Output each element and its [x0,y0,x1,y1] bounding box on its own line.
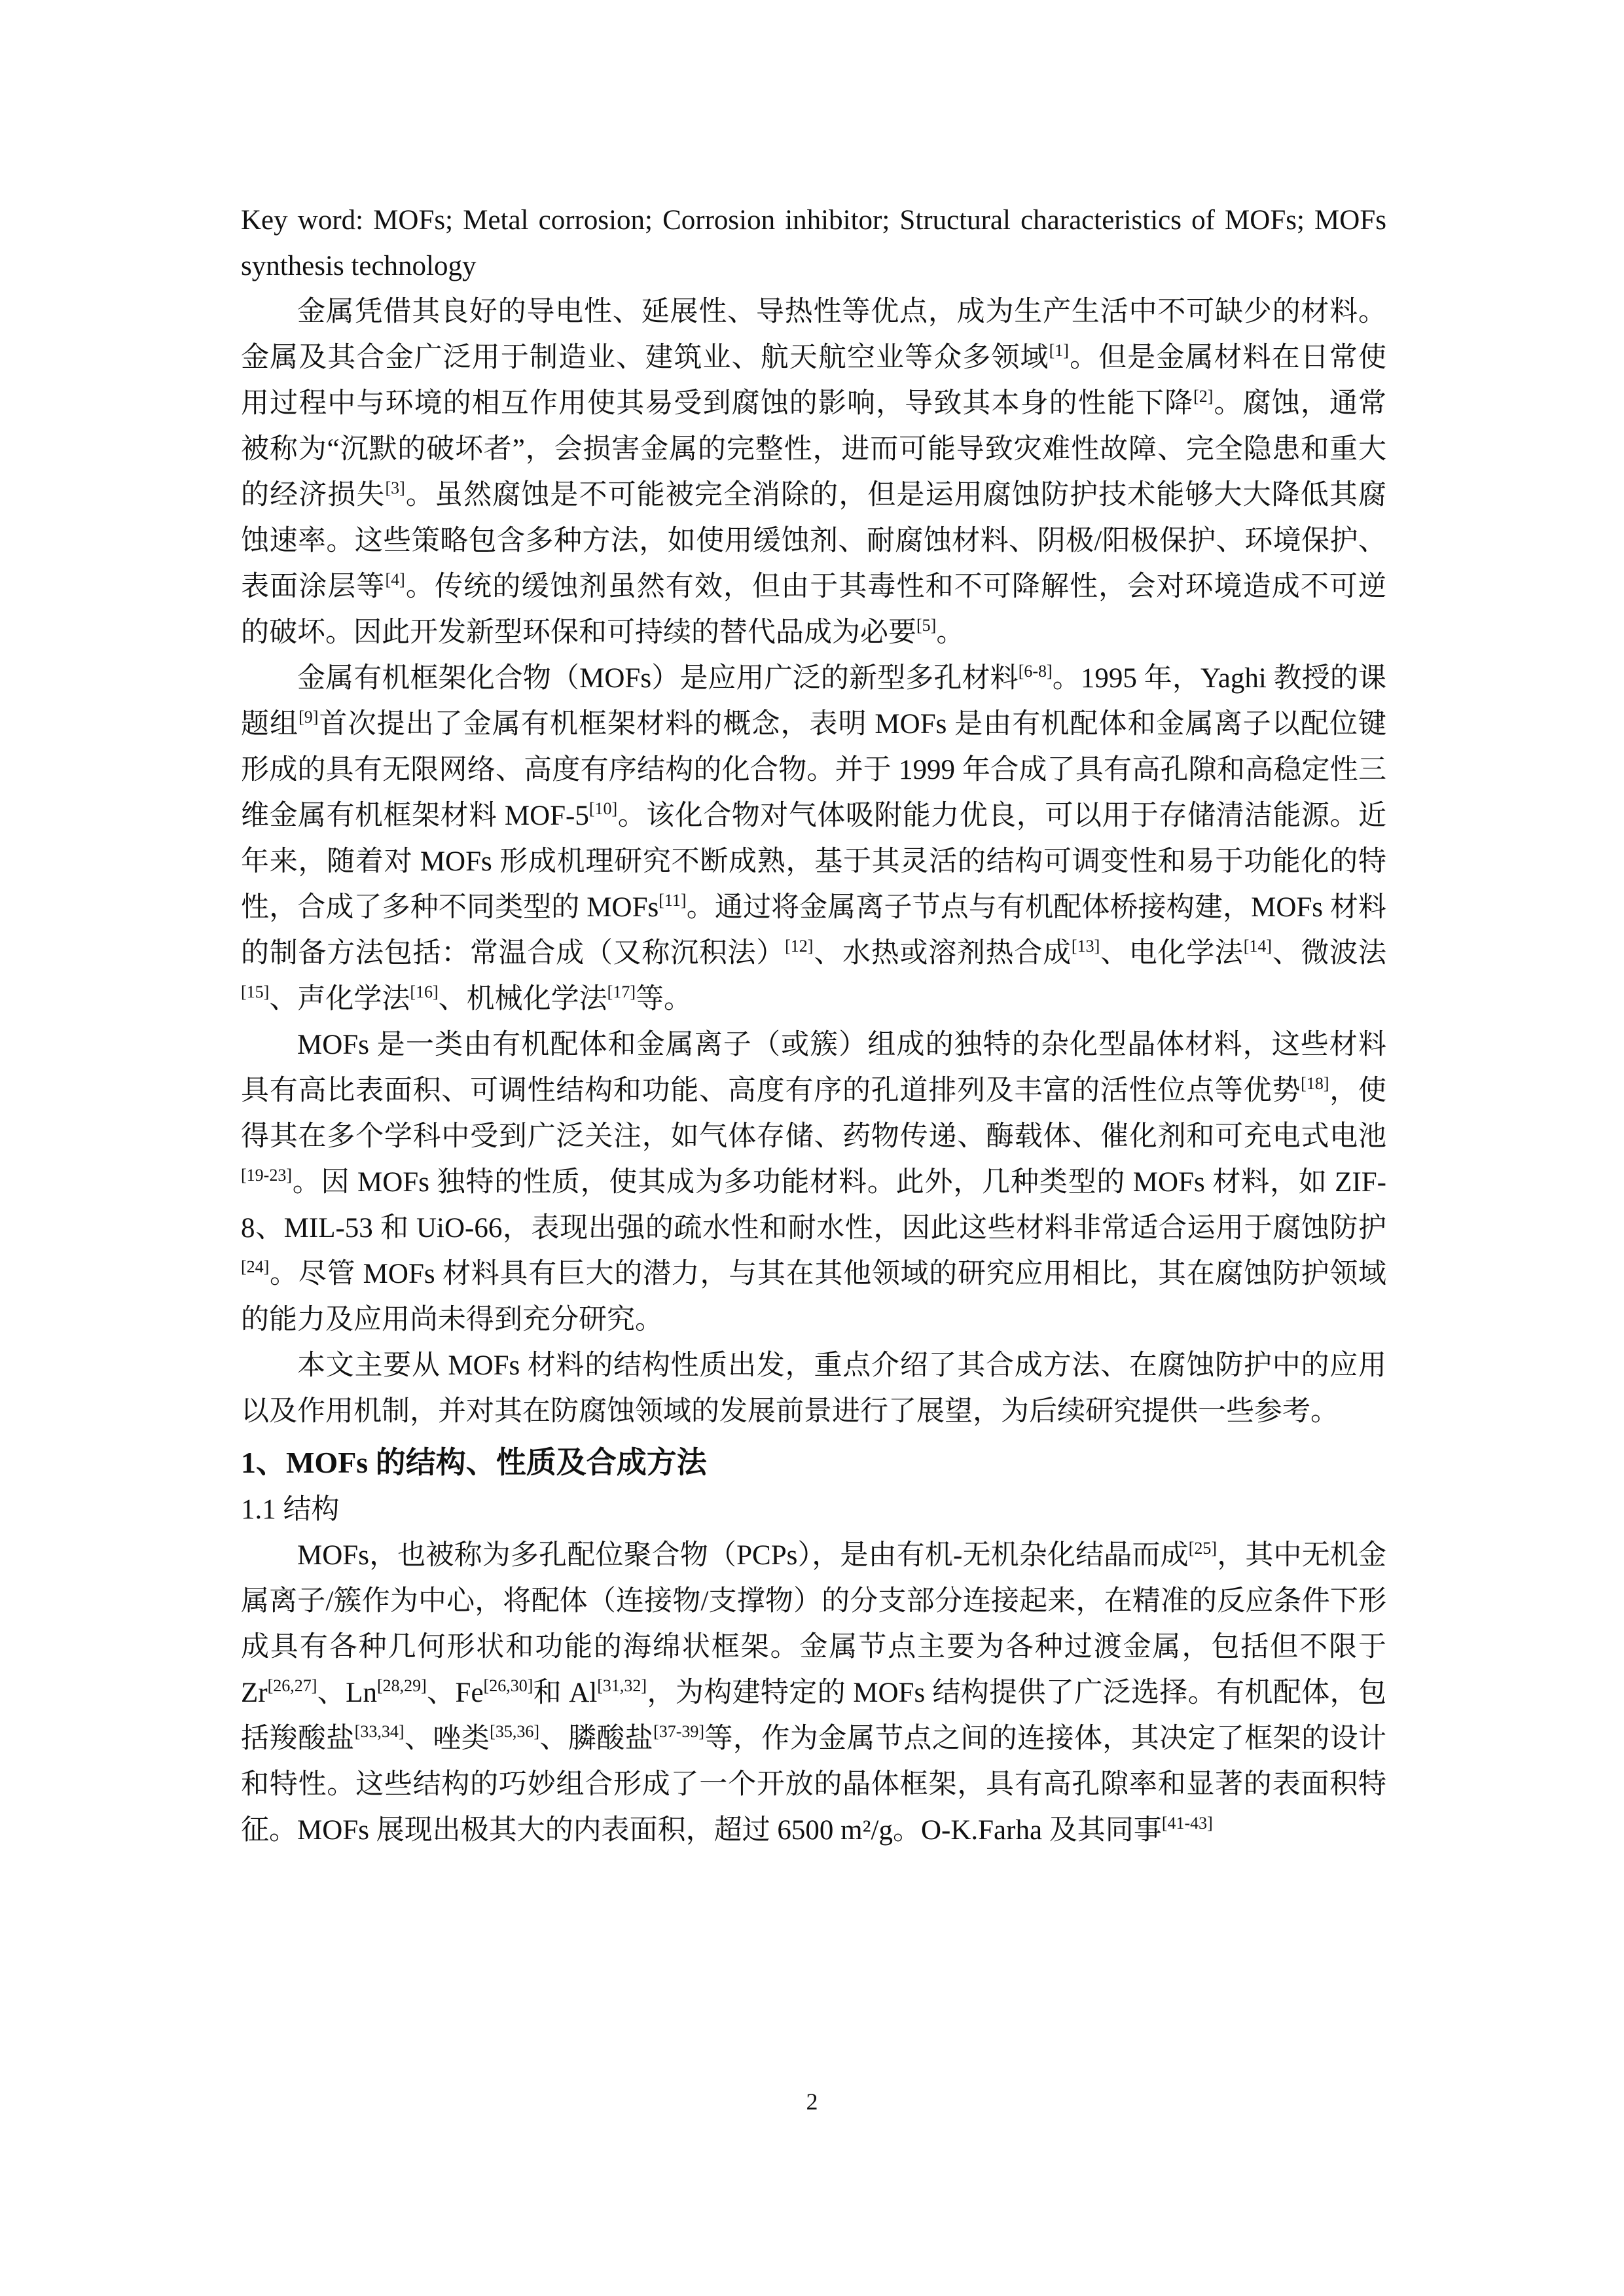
citation-superscript: [31,32] [597,1676,647,1695]
citation-superscript: [17] [607,982,636,1001]
text-run: 、水热或溶剂热合成 [813,938,1071,969]
citation-superscript: [26,27] [268,1676,317,1695]
section-heading: 1、MOFs 的结构、性质及合成方法 [241,1439,1386,1487]
text-run: 1.1 结构 [241,1494,340,1525]
subsection-heading: 1.1 结构 [241,1487,1386,1533]
text-run: 和 Al [533,1677,597,1708]
citation-superscript: [6-8] [1019,662,1053,681]
text-run: 、膦酸盐 [539,1723,653,1754]
body-paragraph: 金属凭借其良好的导电性、延展性、导热性等优点，成为生产生活中不可缺少的材料。金属… [241,289,1386,656]
text-run: 、声化学法 [269,984,410,1014]
citation-superscript: [25] [1189,1539,1217,1558]
body-paragraph: 金属有机框架化合物（MOFs）是应用广泛的新型多孔材料[6-8]。1995 年，… [241,656,1386,1022]
citation-superscript: [1] [1049,341,1069,360]
text-run: 、Fe [427,1677,484,1708]
body-paragraph: MOFs 是一类由有机配体和金属离子（或簇）组成的独特的杂化型晶体材料，这些材料… [241,1022,1386,1343]
text-run: 。传统的缓蚀剂虽然有效，但由于其毒性和不可降解性，会对环境造成不可逆的破坏。因此… [241,571,1386,648]
citation-superscript: [15] [241,982,269,1001]
citation-superscript: [37-39] [653,1722,704,1741]
text-run: 1、MOFs 的结构、性质及合成方法 [241,1446,707,1479]
body-paragraph: 本文主要从 MOFs 材料的结构性质出发，重点介绍了其合成方法、在腐蚀防护中的应… [241,1343,1386,1435]
text-run: 、电化学法 [1100,938,1243,969]
citation-superscript: [2] [1193,387,1213,406]
page-number: 2 [0,2088,1624,2115]
citation-superscript: [13] [1072,937,1100,956]
citation-superscript: [3] [385,478,405,497]
text-run: 。因 MOFs 独特的性质，使其成为多功能材料。此外，几种类型的 MOFs 材料… [241,1167,1386,1244]
citation-superscript: [4] [385,570,405,589]
citation-superscript: [24] [241,1257,269,1276]
text-run: 本文主要从 MOFs 材料的结构性质出发，重点介绍了其合成方法、在腐蚀防护中的应… [241,1350,1386,1427]
keywords-line: Key word: MOFs; Metal corrosion; Corrosi… [241,198,1386,289]
citation-superscript: [33,34] [355,1722,405,1741]
citation-superscript: [41-43] [1162,1814,1213,1833]
text-run: 等。 [636,984,692,1014]
citation-superscript: [26,30] [484,1676,533,1695]
citation-superscript: [10] [589,799,617,818]
citation-superscript: [12] [785,937,813,956]
body-paragraph: MOFs，也被称为多孔配位聚合物（PCPs），是由有机-无机杂化结晶而成[25]… [241,1533,1386,1854]
text-run: 。尽管 MOFs 材料具有巨大的潜力，与其在其他领域的研究应用相比，其在腐蚀防护… [241,1259,1386,1335]
text-run: 、唑类 [405,1723,490,1754]
text-run: Key word: MOFs; Metal corrosion; Corrosi… [241,205,1386,281]
text-run: 、Ln [317,1677,377,1708]
text-run: 、微波法 [1272,938,1386,969]
text-run: 金属有机框架化合物（MOFs）是应用广泛的新型多孔材料 [297,663,1019,694]
text-run: 、机械化学法 [439,984,607,1014]
citation-superscript: [5] [916,616,936,635]
text-run: 。 [936,617,964,648]
document-page: Key word: MOFs; Metal corrosion; Corrosi… [241,198,1386,1854]
citation-superscript: [19-23] [241,1166,292,1185]
citation-superscript: [9] [298,708,318,726]
citation-superscript: [11] [659,891,686,910]
citation-superscript: [35,36] [490,1722,539,1741]
text-run: MOFs，也被称为多孔配位聚合物（PCPs），是由有机-无机杂化结晶而成 [297,1540,1189,1571]
citation-superscript: [16] [410,982,438,1001]
text-run: MOFs 是一类由有机配体和金属离子（或簇）组成的独特的杂化型晶体材料，这些材料… [241,1030,1386,1106]
citation-superscript: [14] [1244,937,1272,956]
document-body: 金属凭借其良好的导电性、延展性、导热性等优点，成为生产生活中不可缺少的材料。金属… [241,289,1386,1854]
citation-superscript: [18] [1301,1074,1329,1093]
citation-superscript: [28,29] [377,1676,427,1695]
